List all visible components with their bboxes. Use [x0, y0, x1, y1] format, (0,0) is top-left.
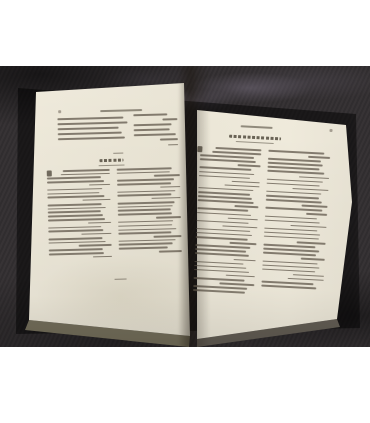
verse-line [299, 176, 329, 179]
verse-line [234, 259, 256, 262]
verse-line [212, 151, 261, 155]
verse-line [118, 220, 173, 223]
stanza [263, 248, 325, 261]
verse-line [117, 178, 174, 181]
verse-line [159, 250, 182, 252]
verse-line [48, 207, 106, 210]
stanza [117, 167, 180, 181]
verse-line [200, 158, 256, 162]
stanza [266, 191, 329, 208]
stanza [193, 285, 254, 294]
verse-line [162, 118, 177, 120]
verse-line [57, 122, 127, 125]
verse-line [215, 147, 261, 151]
stanza [48, 237, 111, 251]
verse-line [266, 199, 322, 203]
verse-line [134, 134, 176, 137]
verse-line [119, 243, 173, 246]
verse-line [48, 226, 101, 229]
verse-line [79, 244, 112, 246]
right-poem-title [229, 135, 281, 140]
verse-line [119, 247, 168, 250]
stanza [265, 207, 328, 224]
verse-line [237, 165, 260, 168]
verse-line [160, 186, 180, 188]
verse-line [198, 199, 254, 203]
stanza [118, 213, 181, 227]
stanza [262, 260, 325, 277]
verse-line [301, 258, 325, 261]
verse-line [88, 222, 111, 224]
verse-line [133, 113, 167, 115]
stanza [48, 218, 111, 236]
stanza [118, 228, 181, 246]
verse-line [263, 260, 318, 264]
left-page-text [40, 103, 194, 347]
stanza [133, 113, 178, 146]
stanza [57, 116, 131, 140]
verse-line [225, 275, 254, 278]
verse-line [117, 167, 172, 170]
verse-line [49, 241, 106, 244]
stanza [118, 201, 181, 212]
verse-line [194, 261, 243, 265]
stanza [119, 247, 182, 254]
left-poem-title [99, 159, 123, 162]
stanza [199, 167, 261, 184]
verse-line [47, 177, 101, 180]
verse-line [222, 225, 257, 228]
verse-line [48, 214, 103, 217]
verse-line [261, 285, 316, 289]
stanza [263, 227, 326, 248]
left-main-column-a [47, 169, 112, 262]
verse-line [93, 256, 112, 258]
stanza [47, 169, 110, 187]
verse-line [197, 212, 251, 216]
verse-line [263, 252, 316, 256]
left-top-column-b [133, 113, 178, 150]
verse-line [48, 211, 101, 214]
verse-line [197, 207, 248, 211]
verse-line [47, 192, 99, 195]
verse-line [265, 207, 322, 211]
verse-line [47, 180, 104, 183]
verse-line [134, 123, 172, 125]
verse-line [292, 188, 328, 191]
stanza [268, 150, 331, 167]
left-top-column-a [57, 116, 131, 143]
verse-line [154, 235, 182, 237]
right-main-column-b [261, 150, 330, 292]
verse-line [81, 233, 111, 235]
verse-line [267, 178, 323, 182]
right-page-number [329, 129, 332, 132]
verse-line [48, 203, 102, 206]
verse-line [49, 252, 104, 255]
verse-line [308, 156, 330, 159]
verse-line [61, 173, 110, 176]
left-section-divider [113, 153, 123, 154]
verse-line [117, 182, 171, 185]
verse-line [119, 239, 176, 242]
left-end-divider [115, 279, 127, 280]
verse-line [196, 236, 248, 240]
verse-line [193, 289, 245, 293]
verse-line [118, 224, 172, 227]
verse-line [49, 248, 103, 251]
verse-line [195, 252, 249, 256]
verse-line [62, 169, 109, 172]
verse-line [297, 241, 326, 244]
verse-line [58, 132, 122, 135]
verse-line [199, 175, 250, 179]
verse-line [89, 184, 110, 186]
verse-line [117, 194, 171, 197]
left-main-column-b [117, 167, 182, 256]
verse-line [194, 265, 246, 269]
stanza [197, 187, 259, 208]
stanza [48, 203, 111, 217]
verse-line [118, 205, 173, 208]
stanza [197, 207, 259, 224]
verse-line [288, 278, 324, 281]
verse-line [117, 190, 175, 193]
verse-line [265, 215, 317, 219]
verse-line [118, 232, 171, 235]
verse-line [194, 269, 249, 273]
photo-of-open-book [0, 66, 370, 347]
right-poem-subtitle [236, 141, 274, 144]
verse-line [199, 171, 254, 175]
stanza [200, 146, 262, 167]
verse-line [268, 150, 324, 154]
verse-line [293, 274, 324, 277]
verse-line [82, 199, 110, 201]
stanza [49, 252, 112, 259]
verse-line [48, 218, 105, 221]
verse-line [230, 242, 257, 245]
verse-line [168, 144, 178, 146]
verse-line [118, 213, 172, 216]
stanza [194, 265, 256, 282]
stanza [117, 182, 180, 200]
book-product-photo [0, 0, 370, 423]
verse-line [234, 205, 258, 208]
left-running-header [100, 109, 142, 112]
stanza [261, 281, 323, 290]
verse-line [264, 236, 319, 240]
verse-line [117, 171, 170, 174]
verse-line [219, 282, 254, 285]
verse-line [291, 225, 327, 228]
verse-line [153, 174, 179, 176]
verse-line [156, 216, 181, 218]
verse-line [262, 268, 315, 272]
verse-line [48, 229, 103, 232]
verse-line [58, 127, 119, 130]
verse-line [118, 209, 171, 212]
verse-line [47, 188, 102, 191]
verse-line [118, 201, 175, 204]
verse-line [306, 213, 327, 216]
verse-line [232, 181, 260, 184]
stanza [194, 244, 256, 265]
verse-line [301, 205, 327, 208]
stanza [267, 166, 330, 187]
right-main-column-a [193, 146, 262, 296]
verse-line [57, 117, 123, 120]
verse-line [267, 170, 324, 174]
verse-line [262, 264, 319, 268]
right-running-header [241, 125, 273, 128]
stanza [47, 188, 110, 202]
left-page-number [58, 110, 61, 113]
verse-line [199, 167, 251, 171]
stanza [196, 228, 258, 245]
verse-line [118, 228, 176, 231]
verse-line [48, 237, 102, 240]
verse-line [227, 217, 258, 220]
verse-line [151, 197, 180, 199]
verse-line [160, 139, 178, 141]
verse-line [224, 184, 259, 187]
verse-line [47, 195, 104, 198]
verse-line [58, 137, 125, 140]
left-poem-subtitle [99, 165, 125, 167]
verse-line [134, 129, 170, 131]
right-page-text [186, 118, 337, 345]
